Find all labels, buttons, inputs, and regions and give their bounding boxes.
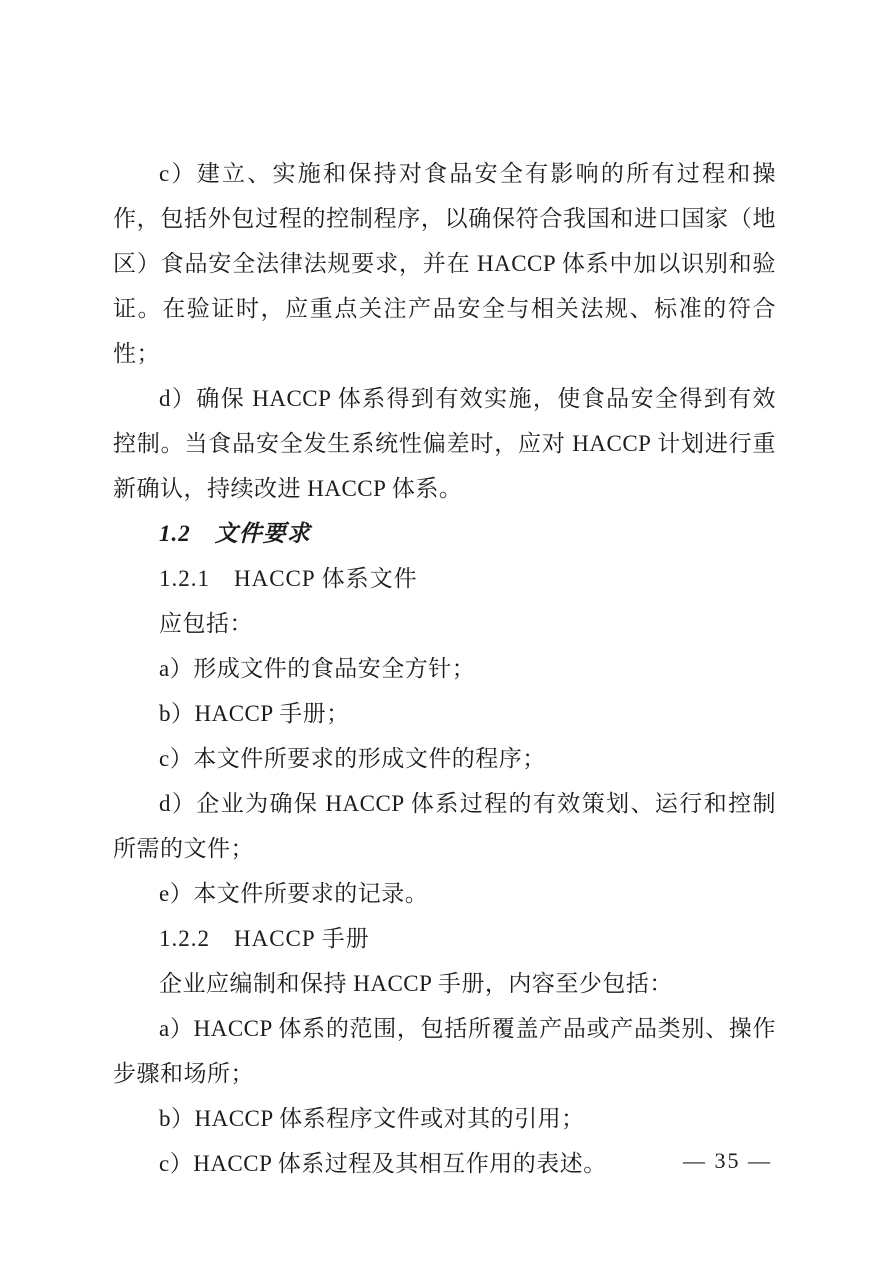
heading-1-2-document-requirements: 1.2 文件要求 bbox=[113, 511, 776, 556]
list-item-b-procedure-documents-reference: b）HACCP 体系程序文件或对其的引用； bbox=[113, 1096, 776, 1141]
list-item-c-process-control: c）建立、实施和保持对食品安全有影响的所有过程和操作，包括外包过程的控制程序，以… bbox=[113, 151, 776, 376]
document-body: c）建立、实施和保持对食品安全有影响的所有过程和操作，包括外包过程的控制程序，以… bbox=[113, 151, 776, 1186]
list-item-d-planning-operation-control-documents: d）企业为确保 HACCP 体系过程的有效策划、运行和控制所需的文件； bbox=[113, 781, 776, 871]
heading-1-2-2-haccp-manual: 1.2.2 HACCP 手册 bbox=[113, 916, 776, 961]
intro-should-include: 应包括： bbox=[113, 601, 776, 646]
page-number: — 35 — bbox=[683, 1141, 772, 1181]
list-item-a-food-safety-policy: a）形成文件的食品安全方针； bbox=[113, 646, 776, 691]
list-item-b-haccp-manual: b）HACCP 手册； bbox=[113, 691, 776, 736]
list-item-d-effective-implementation: d）确保 HACCP 体系得到有效实施，使食品安全得到有效控制。当食品安全发生系… bbox=[113, 376, 776, 511]
list-item-a-haccp-scope: a）HACCP 体系的范围，包括所覆盖产品或产品类别、操作步骤和场所； bbox=[113, 1006, 776, 1096]
document-page: c）建立、实施和保持对食品安全有影响的所有过程和操作，包括外包过程的控制程序，以… bbox=[0, 0, 892, 1262]
list-item-c-process-interaction-description: c）HACCP 体系过程及其相互作用的表述。 bbox=[113, 1141, 776, 1186]
list-item-e-required-records: e）本文件所要求的记录。 bbox=[113, 871, 776, 916]
list-item-c-documented-procedures: c）本文件所要求的形成文件的程序； bbox=[113, 736, 776, 781]
intro-manual-content: 企业应编制和保持 HACCP 手册，内容至少包括： bbox=[113, 961, 776, 1006]
heading-1-2-1-haccp-system-documents: 1.2.1 HACCP 体系文件 bbox=[113, 556, 776, 601]
